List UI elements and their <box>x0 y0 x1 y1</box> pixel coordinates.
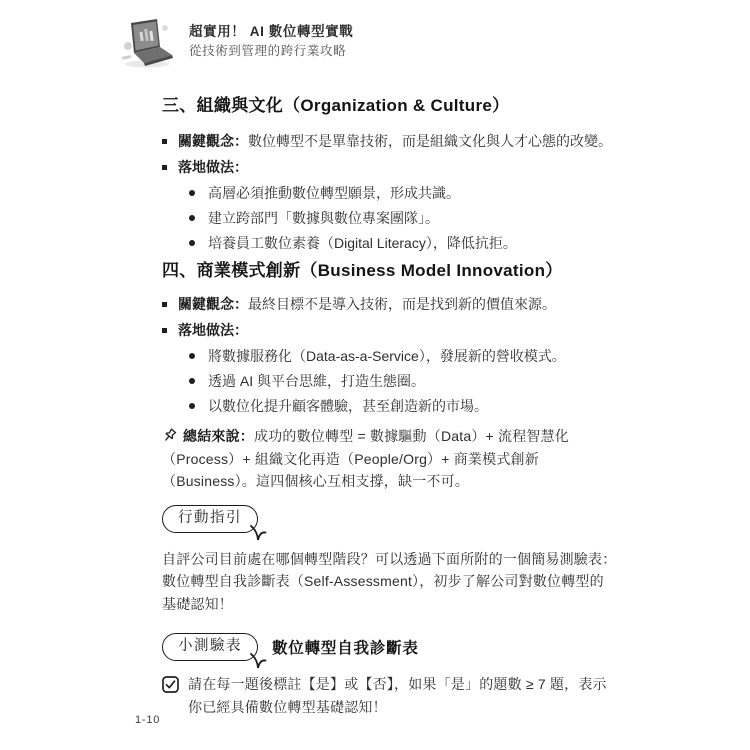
section-4-bullet-list: 關鍵觀念：最終目標不是導入技術，而是找到新的價值來源。 落地做法： 將數據服務化… <box>162 293 618 417</box>
checked-checkbox-icon <box>162 676 179 693</box>
bullet-label: 落地做法： <box>178 159 248 175</box>
pushpin-icon <box>162 428 178 444</box>
practice-item: 將數據服務化（Data-as-a-Service），發展新的營收模式。 <box>189 345 618 367</box>
practice-text: 高層必須推動數位轉型願景，形成共識。 <box>208 182 460 204</box>
action-guide-badge: 行動指引 <box>162 505 258 533</box>
quiz-badge-label: 小測驗表 <box>178 638 242 654</box>
bullet-text: 最終目標不是導入技術，而是找到新的價值來源。 <box>248 296 556 312</box>
action-guide-row: 行動指引 <box>162 505 618 533</box>
action-guide-badge-label: 行動指引 <box>178 510 242 526</box>
practice-label-item: 落地做法： <box>162 319 618 341</box>
quiz-instruction: 請在每一題後標註【是】或【否】，如果「是」的題數 ≥ 7 題，表示你已經具備數位… <box>188 673 618 718</box>
square-bullet-icon <box>162 302 167 307</box>
practice-text: 以數位化提升顧客體驗，甚至創造新的市場。 <box>208 395 488 417</box>
section-heading-3: 三、組織與文化（Organization & Culture） <box>162 94 618 117</box>
practice-label-item: 落地做法： <box>162 156 618 178</box>
circle-bullet-icon <box>189 353 195 359</box>
practice-item: 培養員工數位素養（Digital Literacy），降低抗拒。 <box>189 232 618 254</box>
square-bullet-icon <box>162 328 167 333</box>
circle-bullet-icon <box>189 378 195 384</box>
page-content: 三、組織與文化（Organization & Culture） 關鍵觀念：數位轉… <box>162 0 618 718</box>
badge-tail-icon <box>249 525 267 543</box>
key-concept-item: 關鍵觀念：數位轉型不是單靠技術，而是組織文化與人才心態的改變。 <box>162 130 618 152</box>
summary-label: 總結來說： <box>183 428 254 444</box>
circle-bullet-icon <box>189 240 195 246</box>
quiz-title-row: 小測驗表 數位轉型自我診斷表 <box>162 633 618 661</box>
badge-tail-icon <box>249 653 267 671</box>
bullet-text-wrap: 落地做法： <box>178 156 248 178</box>
circle-bullet-icon <box>189 190 195 196</box>
quiz-badge: 小測驗表 <box>162 633 258 661</box>
circle-bullet-icon <box>189 215 195 221</box>
bullet-label: 關鍵觀念： <box>178 133 248 149</box>
bullet-text-wrap: 落地做法： <box>178 319 248 341</box>
practice-item: 透過 AI 與平台思維，打造生態圈。 <box>189 370 618 392</box>
quiz-instruction-row: 請在每一題後標註【是】或【否】，如果「是」的題數 ≥ 7 題，表示你已經具備數位… <box>162 673 618 718</box>
practice-item: 以數位化提升顧客體驗，甚至創造新的市場。 <box>189 395 618 417</box>
summary-note: 總結來說：成功的數位轉型 = 數據驅動（Data）+ 流程智慧化（Process… <box>162 425 618 493</box>
bullet-text-wrap: 關鍵觀念：數位轉型不是單靠技術，而是組織文化與人才心態的改變。 <box>178 130 612 152</box>
key-concept-item: 關鍵觀念：最終目標不是導入技術，而是找到新的價值來源。 <box>162 293 618 315</box>
bullet-text: 數位轉型不是單靠技術，而是組織文化與人才心態的改變。 <box>248 133 612 149</box>
square-bullet-icon <box>162 165 167 170</box>
section-3-bullet-list: 關鍵觀念：數位轉型不是單靠技術，而是組織文化與人才心態的改變。 落地做法： 高層… <box>162 130 618 254</box>
book-page: 超實用！ AI 數位轉型實戰 從技術到管理的跨行業攻略 三、組織與文化（Orga… <box>0 0 750 750</box>
quiz-title: 數位轉型自我診斷表 <box>272 636 419 658</box>
page-number: 1-10 <box>135 714 160 726</box>
practice-item: 高層必須推動數位轉型願景，形成共識。 <box>189 182 618 204</box>
practice-text: 將數據服務化（Data-as-a-Service），發展新的營收模式。 <box>208 345 566 367</box>
circle-bullet-icon <box>189 403 195 409</box>
practice-text: 建立跨部門「數據與數位專案團隊」。 <box>208 207 439 229</box>
bullet-label: 關鍵觀念： <box>178 296 248 312</box>
bullet-text-wrap: 關鍵觀念：最終目標不是導入技術，而是找到新的價值來源。 <box>178 293 556 315</box>
practice-text: 透過 AI 與平台思維，打造生態圈。 <box>208 370 425 392</box>
practice-item: 建立跨部門「數據與數位專案團隊」。 <box>189 207 618 229</box>
section-heading-4: 四、商業模式創新（Business Model Innovation） <box>162 259 618 282</box>
bullet-label: 落地做法： <box>178 322 248 338</box>
action-guide-paragraph: 自評公司目前處在哪個轉型階段？可以透過下面所附的一個簡易測驗表：數位轉型自我診斷… <box>162 548 618 616</box>
square-bullet-icon <box>162 139 167 144</box>
practice-text: 培養員工數位素養（Digital Literacy），降低抗拒。 <box>208 232 517 254</box>
